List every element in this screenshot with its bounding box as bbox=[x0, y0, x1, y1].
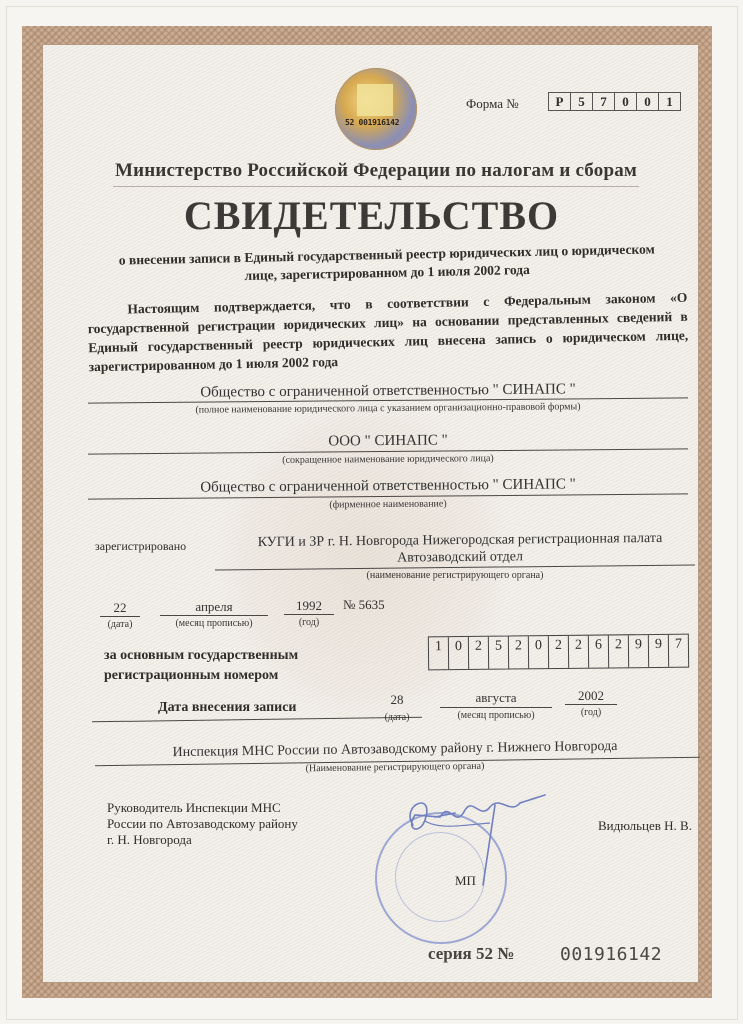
ogrn-digit: 5 bbox=[489, 637, 509, 669]
entry-month-line bbox=[440, 707, 552, 708]
form-code: Р 5 7 0 0 1 bbox=[548, 92, 681, 111]
ogrn-digit: 2 bbox=[509, 636, 529, 668]
document-title: СВИДЕТЕЛЬСТВО bbox=[0, 192, 743, 239]
registration-month-line bbox=[160, 615, 268, 616]
entry-month-caption: (месяц прописью) bbox=[440, 710, 552, 721]
intro-paragraph: Настоящим подтверждается, что в соответс… bbox=[87, 288, 688, 377]
ogrn-number: 1 0 2 5 2 0 2 2 6 2 9 9 7 bbox=[428, 634, 689, 671]
entry-year-caption: (год) bbox=[565, 707, 617, 718]
ogrn-digit: 2 bbox=[609, 635, 629, 667]
signer-position-line: России по Автозаводскому району bbox=[107, 816, 298, 832]
entry-year-line bbox=[565, 704, 617, 705]
entry-day-caption: (дата) bbox=[372, 712, 422, 723]
form-code-char: 5 bbox=[571, 93, 593, 110]
form-code-char: 7 bbox=[593, 93, 615, 110]
series-label: серия 52 № bbox=[428, 944, 514, 964]
form-label: Форма № bbox=[466, 96, 519, 112]
ogrn-digit: 2 bbox=[569, 636, 589, 668]
registration-authority-caption: (наименование регистрирующего органа) bbox=[215, 570, 695, 581]
form-code-char: 0 bbox=[637, 93, 659, 110]
registration-month: апреля bbox=[160, 599, 268, 615]
hologram-emblem-icon bbox=[357, 84, 393, 116]
stamp-placeholder-label: МП bbox=[455, 873, 476, 889]
entry-year: 2002 bbox=[565, 688, 617, 704]
handwritten-signature-icon bbox=[395, 785, 565, 895]
form-code-char: 1 bbox=[659, 93, 680, 110]
registration-year: 1992 bbox=[284, 598, 334, 614]
form-code-char: 0 bbox=[615, 93, 637, 110]
ogrn-digit: 9 bbox=[629, 635, 649, 667]
signer-position-line: г. Н. Новгорода bbox=[107, 832, 298, 848]
intro-text: Настоящим подтверждается, что в соответс… bbox=[88, 290, 689, 375]
ogrn-digit: 9 bbox=[649, 635, 669, 667]
ogrn-digit: 2 bbox=[549, 636, 569, 668]
registration-day-line bbox=[100, 616, 140, 617]
ogrn-digit: 0 bbox=[449, 637, 469, 669]
form-code-char: Р bbox=[549, 93, 571, 110]
signer-position: Руководитель Инспекции МНС России по Авт… bbox=[107, 800, 298, 848]
hologram-number: 52 001916142 bbox=[345, 118, 399, 127]
ogrn-digit: 7 bbox=[669, 635, 688, 667]
registration-year-line bbox=[284, 614, 334, 615]
hologram-seal-icon: 52 001916142 bbox=[335, 68, 417, 150]
registered-label: зарегистрировано bbox=[95, 539, 186, 554]
entry-day: 28 bbox=[372, 692, 422, 708]
entry-month: августа bbox=[440, 690, 552, 706]
registration-day: 22 bbox=[100, 600, 140, 616]
registration-number: № 5635 bbox=[343, 597, 385, 613]
ogrn-digit: 2 bbox=[469, 637, 489, 669]
ogrn-digit: 6 bbox=[589, 635, 609, 667]
serial-number: 001916142 bbox=[560, 944, 662, 965]
ogrn-digit: 1 bbox=[429, 637, 449, 669]
ministry-name: Министерство Российской Федерации по нал… bbox=[113, 160, 639, 187]
ogrn-label: за основным государственным регистрацион… bbox=[104, 646, 298, 686]
signer-position-line: Руководитель Инспекции МНС bbox=[107, 800, 298, 816]
registration-month-caption: (месяц прописью) bbox=[160, 618, 268, 629]
ogrn-digit: 0 bbox=[529, 636, 549, 668]
signer-name: Видюльцев Н. В. bbox=[598, 818, 692, 834]
ogrn-label-line: за основным государственным bbox=[104, 646, 298, 666]
ogrn-label-line: регистрационным номером bbox=[104, 666, 298, 686]
registration-day-caption: (дата) bbox=[96, 619, 144, 630]
entry-date-label: Дата внесения записи bbox=[158, 700, 297, 716]
registration-year-caption: (год) bbox=[284, 617, 334, 628]
